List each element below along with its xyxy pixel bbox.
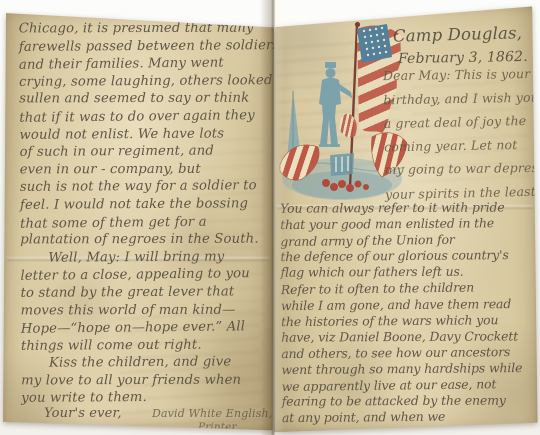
letter-line: have, viz Daniel Boone, Davy Crockett [281,328,535,345]
letter-closing: Your's ever, David White English, [44,406,272,421]
letter-line: crying, some laughing, others looked [19,73,265,92]
shield [330,153,354,176]
letter-line: things will come out right. [21,337,267,356]
letter-line: Well, May: I will bring my [20,249,266,268]
letter-line: coming year. Let not [384,136,536,162]
letter-line: at any point, and when we [282,408,536,426]
letter-line: would not enlist. We have lots [19,126,265,145]
letter-date: February 3, 1862. [398,49,528,67]
letter-line: farewells passed between the soldiers [19,38,265,57]
letter-line: moves this world of man kind— [21,302,267,320]
letter-line: my going to war depress [384,160,536,186]
letter-line: and their families. Many went [19,55,265,75]
letter-right-page: Camp Douglas, February 3, 1862. Dear May… [272,3,538,433]
soldier-hat [325,62,336,68]
letter-line: a great deal of joy the [384,113,536,140]
letter-line: feel. I would not take the bossing [20,196,266,215]
soldier-head [326,68,336,78]
letter-line: Dear May: This is your [383,66,535,92]
letter-line: such is not the way for a soldier to [20,178,266,197]
letter-line: Chicago, it is presumed that many [19,21,265,39]
scanned-letter-background: Chicago, it is presumed that many farewe… [0,0,540,435]
right-page-body-text: You can always refer to it with pride th… [280,199,536,427]
letter-left-page: Chicago, it is presumed that many farewe… [2,8,274,432]
letter-line: to stand by the great lever that [20,284,266,303]
letter-place-heading: Camp Douglas, [393,23,523,45]
letter-line: Hope—“hope on—hope ever.” All [21,319,267,339]
letter-line: sullen and seemed to say or think [19,91,265,109]
signature-title: Printer [198,421,237,433]
letter-line: even in our - company, but [20,161,266,179]
letter-line: of such in our regiment, and [20,143,266,162]
letter-line: that if it was to do over again they [19,108,265,128]
pole-finial [355,22,360,27]
letter-line: birthday, and I wish you [383,89,535,115]
letter-line: fearing to be attacked by the enemy [282,392,536,409]
flag-canton [357,24,392,63]
letter-line: the histories of the wars which you [281,312,535,330]
letter-line: Kiss the children, and give [21,354,267,373]
closing-salutation: Your's ever, [44,406,122,421]
signature: David White English, [152,407,272,420]
letter-line: letter to a close, appealing to you [20,266,266,286]
letter-sheet: Chicago, it is presumed that many farewe… [0,0,540,435]
letter-line: You can always refer to it with pride [280,199,534,216]
letter-line: my love to all your friends when [21,372,267,390]
letter-line: plantation of negroes in the South. [20,232,266,250]
left-page-text: Chicago, it is presumed that many farewe… [19,20,268,409]
right-page-opening-text: Dear May: This is your birthday, and I w… [383,66,537,210]
